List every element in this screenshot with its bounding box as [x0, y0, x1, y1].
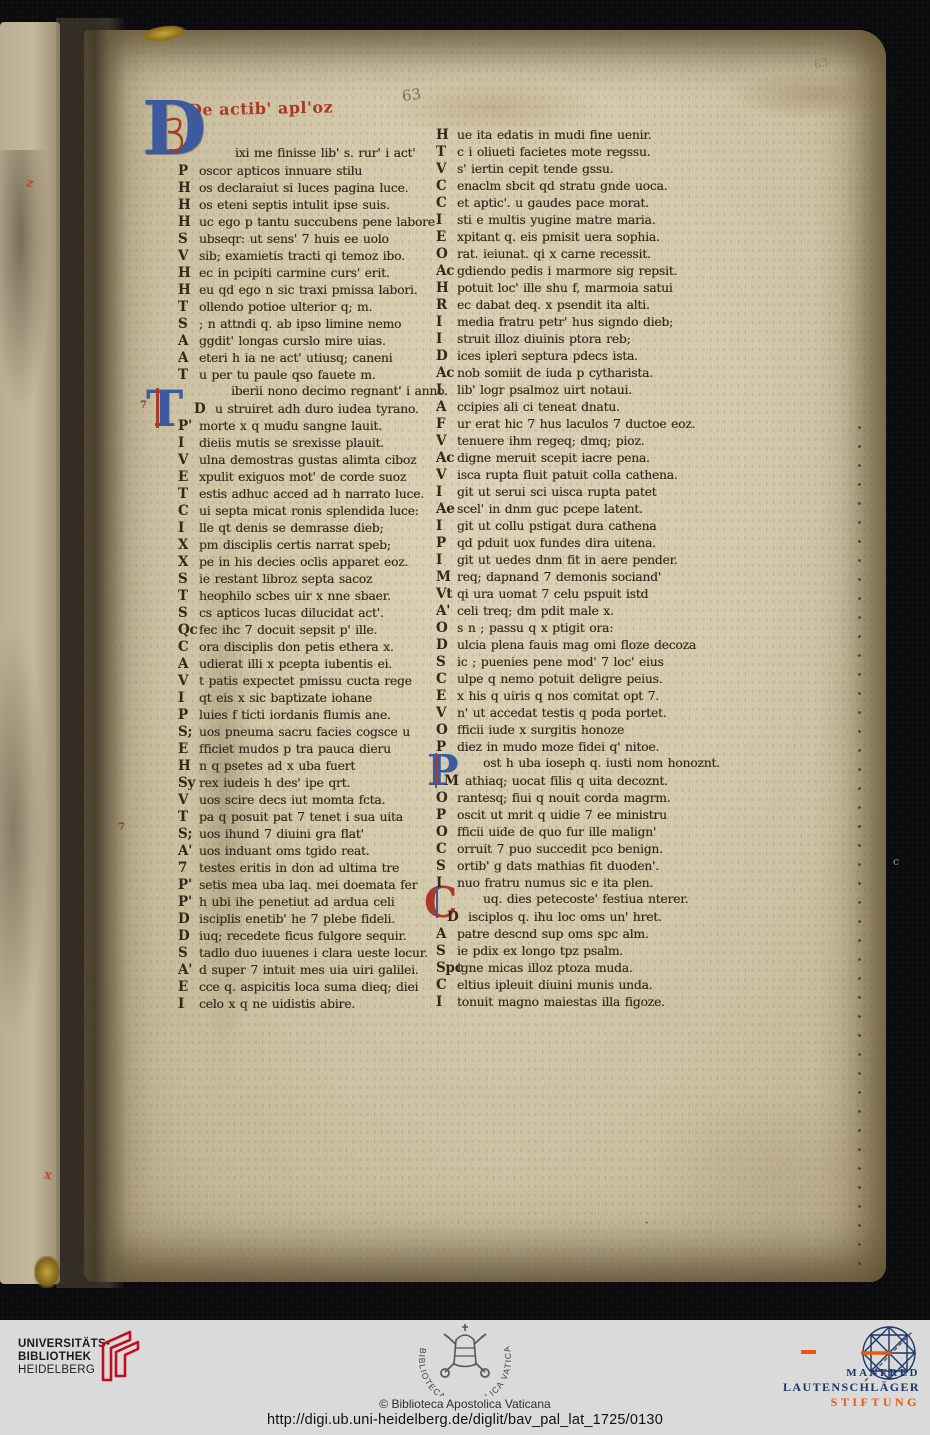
line-initial: Ac [436, 365, 457, 381]
mls-orange-dash [801, 1350, 816, 1354]
verse-line: Pluies f ticti iordanis flumis ane. [178, 707, 440, 724]
line-text: ulpe q nemo potuit deligre peius. [457, 672, 662, 686]
verse-line: S; n attndi q. ab ipso limine nemo [178, 316, 440, 333]
mls-line2: LAUTENSCHLÄGER [783, 1380, 920, 1395]
line-initial: 7 [178, 860, 199, 876]
line-text: pm disciplis certis narrat speb; [199, 538, 391, 552]
line-text: uq. dies petecoste' festiua nterer. [483, 892, 688, 906]
line-initial: Qc [178, 622, 199, 638]
verse-line: Aggdit' longas curslo mire uias. [178, 333, 440, 350]
line-initial: S [178, 571, 199, 587]
verse-line: Hos eteni septis intulit ipse suis. [178, 197, 440, 214]
parchment-stain [644, 1090, 904, 1260]
verse-line: uq. dies petecoste' festiua nterer. [436, 892, 772, 909]
verse-line: Sie restant libroz septa sacoz [178, 571, 440, 588]
line-initial: S [178, 231, 199, 247]
line-initial: D [178, 911, 199, 927]
margin-mark: 63 [401, 85, 422, 105]
verse-line: Poscit ut mrit q uidie 7 ee ministru [436, 807, 772, 824]
verse-line: Sic ; puenies pene mod' 7 loc' eius [436, 654, 772, 671]
verse-line: Imedia fratru petr' hus signdo dieb; [436, 314, 772, 331]
line-text: t patis expectet pmissu cucta rege [199, 674, 412, 688]
verse-line: Vuos scire decs iut momta fcta. [178, 792, 440, 809]
verse-line: Dices ipleri septura pdecs ista. [436, 348, 772, 365]
line-initial: V [178, 248, 199, 264]
verse-line: Efficiet mudos p tra pauca dieru [178, 741, 440, 758]
text-column-left: ixi me finisse lib' s. rur' i act'Poscor… [178, 146, 440, 1013]
line-text: nuo fratru numus sic e ita plen. [457, 876, 653, 890]
verse-line: Apatre descnd sup oms spc alm. [436, 926, 772, 943]
verse-line: Xpe in his decies oclis apparet eoz. [178, 554, 440, 571]
line-initial: S [436, 858, 457, 874]
line-initial: I [178, 520, 199, 536]
line-text: eltius ipleuit diuini munis unda. [457, 978, 652, 992]
footer: UNIVERSITÄTS- BIBLIOTHEK HEIDELBERG [0, 1320, 930, 1435]
verse-line: ost h uba ioseph q. iusti nom honoznt. [436, 756, 772, 773]
line-text: ost h uba ioseph q. iusti nom honoznt. [483, 756, 720, 770]
line-text: xpitant q. eis pmisit uera sophia. [457, 230, 660, 244]
line-text: heophilo scbes uir x nne sbaer. [199, 589, 391, 603]
line-initial: T [178, 486, 199, 502]
line-initial: F [436, 416, 457, 432]
line-initial: D [436, 637, 457, 653]
line-text: patre descnd sup oms spc alm. [457, 927, 649, 941]
margin-mark: c [893, 855, 899, 868]
line-text: setis mea uba laq. mei doemata fer [199, 878, 417, 892]
line-text: cce q. aspicitis loca suma dieq; diei [199, 980, 418, 994]
line-initial: Vt [436, 586, 457, 602]
line-text: xpulit exiguos mot' de corde suoz [199, 470, 406, 484]
verse-line: Tu per tu paule qso fauete m. [178, 367, 440, 384]
binding-fold [56, 18, 126, 1288]
line-text: git ut serui sci uisca rupta patet [457, 485, 656, 499]
line-text: ur erat hic 7 hus laculos 7 ductoe eoz. [457, 417, 695, 431]
line-text: oscor apticos innuare stilu [199, 164, 362, 178]
verse-line: Officii iude x surgitis honoze [436, 722, 772, 739]
line-text: c i oliueti facietes mote regssu. [457, 145, 650, 159]
line-text: celo x q ne uidistis abire. [199, 997, 355, 1011]
line-initial: I [436, 331, 457, 347]
line-initial: A [436, 399, 457, 415]
line-text: qt eis x sic baptizate iohane [199, 691, 372, 705]
verse-line: Stadlo duo iuuenes i clara ueste locur. [178, 945, 440, 962]
line-text: dieiis mutis se srexisse plauit. [199, 436, 384, 450]
line-text: struit illoz diuinis ptora reb; [457, 332, 630, 346]
line-initial: H [436, 127, 457, 143]
line-text: cs apticos lucas dilucidat act'. [199, 606, 384, 620]
line-initial: I [436, 552, 457, 568]
gutter-stain [0, 620, 46, 1040]
verse-line: Isti e multis yugine matre maria. [436, 212, 772, 229]
line-initial: I [436, 994, 457, 1010]
line-text: fec ihc 7 docuit sepsit p' ille. [199, 623, 377, 637]
verse-line: Os n ; passu q x ptigit ora: [436, 620, 772, 637]
line-initial: P [436, 807, 457, 823]
verse-line: Orat. ieiunat. qi x carne recessit. [436, 246, 772, 263]
line-text: luies f ticti iordanis flumis ane. [199, 708, 391, 722]
line-initial: M [436, 569, 457, 585]
line-initial: C [436, 178, 457, 194]
line-text: testes eritis in don ad ultima tre [199, 861, 399, 875]
verse-line: Mreq; dapnand 7 demonis sociand' [436, 569, 772, 586]
line-text: tadlo duo iuuenes i clara ueste locur. [199, 946, 428, 960]
line-text: qd pduit uox fundes dira uitena. [457, 536, 656, 550]
line-text: os eteni septis intulit ipse suis. [199, 198, 390, 212]
verse-line: Cet aptic'. u gaudes pace morat. [436, 195, 772, 212]
manuscript-photo: De actib' apl'oz D T P C ixi me finisse … [0, 0, 930, 1320]
line-text: os declaraiut si luces pagina luce. [199, 181, 408, 195]
verse-line: Cora disciplis don petis ethera x. [178, 639, 440, 656]
line-initial: C [436, 671, 457, 687]
verse-line: Spcigne micas illoz ptoza muda. [436, 960, 772, 977]
line-initial: E [178, 741, 199, 757]
verse-line: Expitant q. eis pmisit uera sophia. [436, 229, 772, 246]
verse-line: Celtius ipleuit diuini munis unda. [436, 977, 772, 994]
line-text: ue ita edatis in mudi fine uenir. [457, 128, 651, 142]
line-initial: Ae [436, 501, 457, 517]
line-initial: C [436, 841, 457, 857]
verse-line: Vtqi ura uomat 7 celu pspuit istd [436, 586, 772, 603]
verse-line: Aescel' in dnm guc pcepe latent. [436, 501, 772, 518]
line-text: fficii uide de quo fur ille malign' [457, 825, 656, 839]
line-initial: T [178, 299, 199, 315]
line-text: ixi me finisse lib' s. rur' i act' [235, 146, 415, 160]
line-initial: S; [178, 724, 199, 740]
verse-line: Corruit 7 puo succedit pco benign. [436, 841, 772, 858]
line-initial: D [178, 928, 199, 944]
verse-line: P'h ubi ihe penetiut ad ardua celi [178, 894, 440, 911]
line-text: uos induant oms tgido reat. [199, 844, 369, 858]
line-text: igne micas illoz ptoza muda. [457, 961, 633, 975]
line-text: pe in his decies oclis apparet eoz. [199, 555, 408, 569]
line-text: athiaq; uocat filis q uita decoznt. [465, 774, 668, 788]
verse-line: Igit ut serui sci uisca rupta patet [436, 484, 772, 501]
line-text: pa q posuit pat 7 tenet i sua uita [199, 810, 403, 824]
verse-line: Tollendo potioe ulterior q; m. [178, 299, 440, 316]
verse-line: Heu qd ego n sic traxi pmissa labori. [178, 282, 440, 299]
line-initial: Spc [436, 960, 457, 976]
verse-line: Qcfec ihc 7 docuit sepsit p' ille. [178, 622, 440, 639]
verse-line: Cui septa micat ronis splendida luce: [178, 503, 440, 520]
line-text: h ubi ihe penetiut ad ardua celi [199, 895, 394, 909]
line-initial: S [178, 945, 199, 961]
verse-line: Icelo x q ne uidistis abire. [178, 996, 440, 1013]
line-text: ui septa micat ronis splendida luce: [199, 504, 419, 518]
line-initial: X [178, 554, 199, 570]
line-text: isciplos q. ihu loc oms un' hret. [468, 910, 662, 924]
line-initial: O [436, 790, 457, 806]
line-text: ora disciplis don petis ethera x. [199, 640, 394, 654]
line-initial: Sy [178, 775, 199, 791]
line-initial: S [436, 943, 457, 959]
line-initial: D [447, 909, 468, 925]
line-initial: A [178, 656, 199, 672]
verse-line: Du struiret adh duro iudea tyrano. [194, 401, 440, 418]
verse-line: Ilib' logr psalmoz uirt notaui. [436, 382, 772, 399]
line-text: tonuit magno maiestas illa figoze. [457, 995, 665, 1009]
binding-thread-bottom [34, 1256, 60, 1288]
line-initial: I [436, 484, 457, 500]
line-text: iuq; recedete ficus fulgore sequir. [199, 929, 406, 943]
verse-line: Disciplos q. ihu loc oms un' hret. [447, 909, 772, 926]
verse-line: Hn q psetes ad x uba fuert [178, 758, 440, 775]
verse-line: A'uos induant oms tgido reat. [178, 843, 440, 860]
line-initial: T [436, 144, 457, 160]
verse-line: A'celi treq; dm pdit male x. [436, 603, 772, 620]
line-initial: I [178, 435, 199, 451]
verse-line: Vs' iertin cepit tende gssu. [436, 161, 772, 178]
line-text: ices ipleri septura pdecs ista. [457, 349, 638, 363]
line-text: ollendo potioe ulterior q; m. [199, 300, 372, 314]
verse-line: P'morte x q mudu sangne lauit. [178, 418, 440, 435]
line-initial: P [436, 535, 457, 551]
line-initial: H [178, 197, 199, 213]
mls-wordmark: MANFRED LAUTENSCHLÄGER STIFTUNG [783, 1367, 920, 1410]
line-initial: A [178, 333, 199, 349]
line-text: n' ut accedat testis q poda portet. [457, 706, 666, 720]
verse-line: Visca rupta fluit patuit colla cathena. [436, 467, 772, 484]
line-text: ggdit' longas curslo mire uias. [199, 334, 386, 348]
verse-line: Accipies ali ci teneat dnatu. [436, 399, 772, 416]
line-initial: I [436, 875, 457, 891]
margin-mark: 7 [140, 400, 147, 411]
verse-line: Igit ut uedes dnm fit in aere pender. [436, 552, 772, 569]
verse-line: Audierat illi x pcepta iubentis ei. [178, 656, 440, 673]
line-initial: H [178, 282, 199, 298]
rubric-heading: De actib' apl'oz [188, 97, 334, 119]
line-text: d super 7 intuit mes uia uiri galilei. [199, 963, 419, 977]
line-text: sti e multis yugine matre maria. [457, 213, 655, 227]
line-text: udierat illi x pcepta iubentis ei. [199, 657, 392, 671]
line-initial: E [178, 979, 199, 995]
line-initial: A [436, 926, 457, 942]
line-initial: E [436, 688, 457, 704]
verse-line: Ille qt denis se demrasse dieb; [178, 520, 440, 537]
line-initial: C [178, 503, 199, 519]
line-text: eu qd ego n sic traxi pmissa labori. [199, 283, 417, 297]
line-text: git ut uedes dnm fit in aere pender. [457, 553, 678, 567]
line-initial: A' [178, 962, 199, 978]
verse-line: Hec in pcipiti carmine curs' erit. [178, 265, 440, 282]
line-text: morte x q mudu sangne lauit. [199, 419, 382, 433]
line-initial: Ac [436, 263, 457, 279]
line-text: req; dapnand 7 demonis sociand' [457, 570, 661, 584]
line-initial: O [436, 722, 457, 738]
digitized-manuscript-page: De actib' apl'oz D T P C ixi me finisse … [0, 0, 930, 1435]
line-initial: I [178, 690, 199, 706]
verse-line: Acdigne meruit scepit iacre pena. [436, 450, 772, 467]
verse-line: S;uos pneuma sacru facies cogsce u [178, 724, 440, 741]
line-text: gdiendo pedis i marmore sig repsit. [457, 264, 677, 278]
verse-line: Pqd pduit uox fundes dira uitena. [436, 535, 772, 552]
line-text: s' iertin cepit tende gssu. [457, 162, 613, 176]
line-text: uos pneuma sacru facies cogsce u [199, 725, 410, 739]
papal-tiara-icon [454, 1324, 476, 1367]
line-text: s n ; passu q x ptigit ora: [457, 621, 613, 635]
line-initial: V [178, 792, 199, 808]
line-text: estis adhuc acced ad h narrato luce. [199, 487, 424, 501]
line-initial: I [436, 382, 457, 398]
verse-line: Tpa q posuit pat 7 tenet i sua uita [178, 809, 440, 826]
verse-line: Ecce q. aspicitis loca suma dieq; diei [178, 979, 440, 996]
verse-line: S;uos ihund 7 diuini gra flat' [178, 826, 440, 843]
line-text: x his q uiris q nos comitat opt 7. [457, 689, 659, 703]
verse-line: Ex his q uiris q nos comitat opt 7. [436, 688, 772, 705]
line-text: isca rupta fluit patuit colla cathena. [457, 468, 678, 482]
line-text: ic ; puenies pene mod' 7 loc' eius [457, 655, 664, 669]
verse-line: Hpotuit loc' ille shu f, marmoia satui [436, 280, 772, 297]
line-initial: V [436, 161, 457, 177]
line-initial: H [178, 758, 199, 774]
line-text: git ut collu pstigat dura cathena [457, 519, 656, 533]
line-initial: T [178, 588, 199, 604]
line-text: et aptic'. u gaudes pace morat. [457, 196, 649, 210]
line-text: fficii iude x surgitis honoze [457, 723, 624, 737]
line-initial: P [178, 707, 199, 723]
line-text: celi treq; dm pdit male x. [457, 604, 614, 618]
line-initial: I [436, 212, 457, 228]
line-initial: H [178, 265, 199, 281]
line-text: fficiet mudos p tra pauca dieru [199, 742, 391, 756]
line-text: u per tu paule qso fauete m. [199, 368, 375, 382]
verse-line: Vulna demostras gustas alimta ciboz [178, 452, 440, 469]
verse-line: A'd super 7 intuit mes uia uiri galilei. [178, 962, 440, 979]
verse-line: Acnob somiit de iuda p cytharista. [436, 365, 772, 382]
line-initial: V [178, 673, 199, 689]
line-text: u struiret adh duro iudea tyrano. [215, 402, 419, 416]
line-initial: D [436, 348, 457, 364]
line-text: scel' in dnm guc pcepe latent. [457, 502, 643, 516]
verse-line: Vt patis expectet pmissu cucta rege [178, 673, 440, 690]
line-initial: P' [178, 894, 199, 910]
line-initial: M [444, 773, 465, 789]
line-initial: E [436, 229, 457, 245]
line-text: potuit loc' ille shu f, marmoia satui [457, 281, 673, 295]
line-text: lib' logr psalmoz uirt notaui. [457, 383, 632, 397]
line-initial: V [436, 467, 457, 483]
line-text: iberii nono decimo regnant' i anno. [231, 384, 448, 398]
verse-line: Syrex iudeis h des' ipe qrt. [178, 775, 440, 792]
line-text: n q psetes ad x uba fuert [199, 759, 355, 773]
line-text: nob somiit de iuda p cytharista. [457, 366, 653, 380]
line-initial: E [178, 469, 199, 485]
line-text: diez in mudo moze fidei q' nitoe. [457, 740, 659, 754]
verse-line: Sie pdix ex longo tpz psalm. [436, 943, 772, 960]
line-text: sib; examietis tracti qi temoz ibo. [199, 249, 405, 263]
line-initial: S [178, 316, 199, 332]
line-initial: X [178, 537, 199, 553]
line-text: rantesq; fiui q nouit corda magrm. [457, 791, 670, 805]
line-initial: R [436, 297, 457, 313]
line-text: ie pdix ex longo tpz psalm. [457, 944, 623, 958]
line-initial: H [436, 280, 457, 296]
verse-line: Testis adhuc acced ad h narrato luce. [178, 486, 440, 503]
verse-line: Tc i oliueti facietes mote regssu. [436, 144, 772, 161]
line-initial: H [178, 214, 199, 230]
line-initial: V [436, 705, 457, 721]
line-initial: A' [178, 843, 199, 859]
line-initial: P [436, 739, 457, 755]
line-text: rat. ieiunat. qi x carne recessit. [457, 247, 651, 261]
line-initial: I [178, 996, 199, 1012]
line-text: eteri h ia ne act' utiusq; caneni [199, 351, 392, 365]
line-text: ec in pcipiti carmine curs' erit. [199, 266, 390, 280]
verse-line: Sortib' g dats mathias fit duoden'. [436, 858, 772, 875]
line-initial: C [436, 977, 457, 993]
verse-line: Dulcia plena fauis mag omi floze decoza [436, 637, 772, 654]
verse-line: Vtenuere ihm regeq; dmq; pioz. [436, 433, 772, 450]
line-text: uc ego p tantu succubens pene labore [199, 215, 435, 229]
line-initial: A [178, 350, 199, 366]
verse-line: Istruit illoz diuinis ptora reb; [436, 331, 772, 348]
line-initial: I [436, 314, 457, 330]
verse-line: Subseqr: ut sens' 7 huis ee uolo [178, 231, 440, 248]
verse-line: Mathiaq; uocat filis q uita decoznt. [444, 773, 772, 790]
verse-line: Idieiis mutis se srexisse plauit. [178, 435, 440, 452]
verse-line: Huc ego p tantu succubens pene labore [178, 214, 440, 231]
line-initial: O [436, 246, 457, 262]
verse-line: Xpm disciplis certis narrat speb; [178, 537, 440, 554]
verse-line: iberii nono decimo regnant' i anno. [178, 384, 440, 401]
line-text: tenuere ihm regeq; dmq; pioz. [457, 434, 644, 448]
line-initial: T [178, 367, 199, 383]
line-initial: S [178, 605, 199, 621]
verse-line: Rec dabat deq. x psendit ita alti. [436, 297, 772, 314]
verse-line: Scs apticos lucas dilucidat act'. [178, 605, 440, 622]
line-text: uos ihund 7 diuini gra flat' [199, 827, 364, 841]
verse-line: Officii uide de quo fur ille malign' [436, 824, 772, 841]
line-initial: V [436, 433, 457, 449]
line-text: ulna demostras gustas alimta ciboz [199, 453, 416, 467]
verse-line: ixi me finisse lib' s. rur' i act' [178, 146, 440, 163]
verse-line: P'setis mea uba laq. mei doemata fer [178, 877, 440, 894]
line-initial: D [194, 401, 215, 417]
line-initial: S; [178, 826, 199, 842]
line-initial: V [178, 452, 199, 468]
line-initial: A' [436, 603, 457, 619]
source-url: http://digi.ub.uni-heidelberg.de/diglit/… [0, 1412, 930, 1428]
pricking-holes [857, 418, 862, 1274]
line-initial: S [436, 654, 457, 670]
line-text: ec dabat deq. x psendit ita alti. [457, 298, 650, 312]
text-column-right: Hue ita edatis in mudi fine uenir.Tc i o… [436, 127, 772, 1011]
line-initial: P [178, 163, 199, 179]
line-initial: P' [178, 418, 199, 434]
verse-line: Disciplis enetib' he 7 plebe fideli. [178, 911, 440, 928]
line-text: ; n attndi q. ab ipso limine nemo [199, 317, 401, 331]
verse-line: Acgdiendo pedis i marmore sig repsit. [436, 263, 772, 280]
verse-line: Inuo fratru numus sic e ita plen. [436, 875, 772, 892]
mls-line1: MANFRED [783, 1367, 920, 1380]
line-text: qi ura uomat 7 celu pspuit istd [457, 587, 648, 601]
verse-line: Itonuit magno maiestas illa figoze. [436, 994, 772, 1011]
line-text: ortib' g dats mathias fit duoden'. [457, 859, 659, 873]
verse-line: Vn' ut accedat testis q poda portet. [436, 705, 772, 722]
verse-line: Aeteri h ia ne act' utiusq; caneni [178, 350, 440, 367]
line-initial: P' [178, 877, 199, 893]
verse-line: Pdiez in mudo moze fidei q' nitoe. [436, 739, 772, 756]
verse-line: Poscor apticos innuare stilu [178, 163, 440, 180]
line-initial: O [436, 620, 457, 636]
line-text: orruit 7 puo succedit pco benign. [457, 842, 663, 856]
verse-line: Diuq; recedete ficus fulgore sequir. [178, 928, 440, 945]
line-initial: C [436, 195, 457, 211]
verse-line: Hue ita edatis in mudi fine uenir. [436, 127, 772, 144]
line-text: oscit ut mrit q uidie 7 ee ministru [457, 808, 667, 822]
margin-mark: 7 [118, 822, 125, 833]
line-initial: C [178, 639, 199, 655]
verse-line: Igit ut collu pstigat dura cathena [436, 518, 772, 535]
